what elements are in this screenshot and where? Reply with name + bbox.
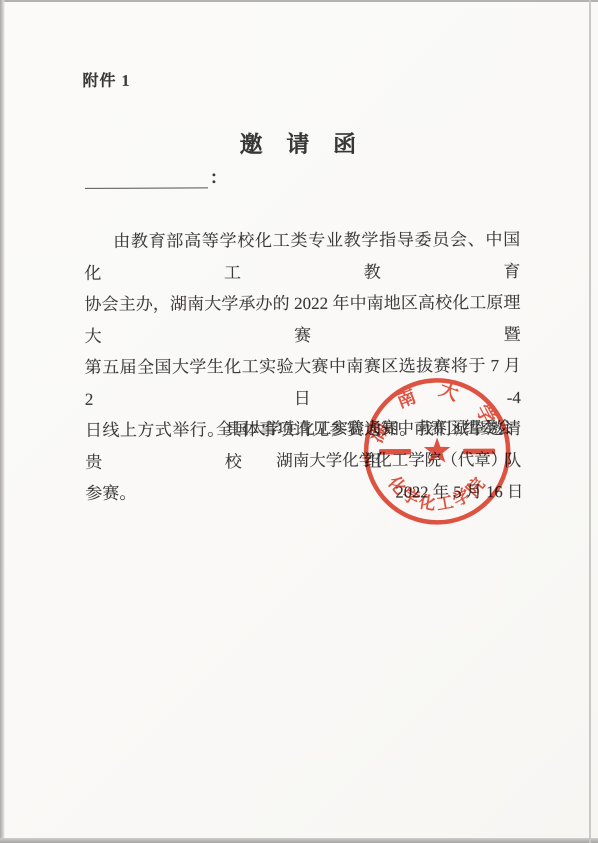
letter-content: 附件 1 邀 请 函 ： 由教育部高等学校化工类专业教学指导委员会、中国化工教育… — [0, 0, 598, 843]
stamp-left-bar — [379, 449, 411, 455]
stamp-bottom-arc-text: 化学化工学院 — [384, 471, 491, 514]
official-seal-stamp: 湖南大学 化学化工学院 — [357, 371, 518, 532]
scan-edge-left — [0, 0, 5, 843]
letter-title: 邀 请 函 — [0, 125, 597, 161]
salutation-blank-underline — [85, 168, 208, 189]
stamp-top-arc-text-group: 湖南大学 — [364, 377, 510, 446]
stamp-bottom-arc-text-group: 化学化工学院 — [384, 471, 491, 514]
body-line-2: 协会主办，湖南大学承办的 2022 年中南地区高校化工原理大赛暨 — [84, 287, 520, 352]
body-line-1: 由教育部高等学校化工类专业教学指导委员会、中国化工教育 — [84, 224, 520, 289]
salutation-colon: ： — [208, 168, 227, 188]
scan-edge-right-line — [589, 0, 591, 843]
stamp-star-icon — [424, 437, 451, 462]
scanned-letter-page: 附件 1 邀 请 函 ： 由教育部高等学校化工类专业教学指导委员会、中国化工教育… — [0, 0, 598, 843]
attachment-label: 附件 1 — [82, 68, 130, 91]
salutation-line: ： — [85, 166, 227, 189]
stamp-right-bar — [463, 449, 495, 455]
stamp-top-arc-text: 湖南大学 — [364, 377, 510, 446]
scan-edge-top — [0, 0, 598, 2]
scan-edge-bottom — [0, 838, 598, 843]
